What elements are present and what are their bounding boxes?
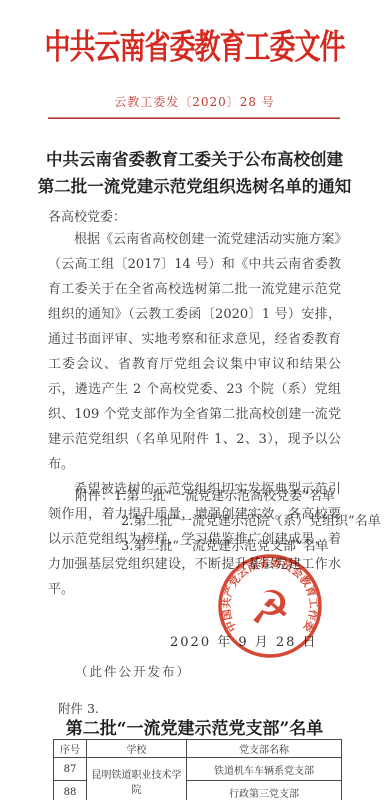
attachment-item-1: 1.第二批“一流党建示范高校党委”名单 (114, 489, 335, 504)
header-branch-name: 党支部名称 (187, 740, 342, 758)
cell-serial-87: 87 (54, 758, 87, 781)
official-seal: 中国共产党云南省委员会教育工作委员会 ☭ (215, 551, 325, 661)
paragraph-1: 根据《云南省高校创建一流党建活动实施方案》（云高工组〔2017〕14 号）和《中… (48, 227, 341, 477)
red-divider-rule (48, 117, 340, 119)
letterhead-title: 中共云南省委教育工委文件 (0, 20, 389, 69)
notice-title-line2: 第二批一流党建示范党组织选树名单的通知 (20, 173, 369, 200)
document-page: 中共云南省委教育工委文件 云教工委发〔2020〕28 号 中共云南省委教育工委关… (0, 0, 389, 800)
hammer-sickle-icon: ☭ (249, 581, 290, 635)
header-serial-number: 序号 (54, 740, 87, 758)
attachments-label: 附件： (75, 489, 114, 504)
table-header-row: 序号 学校 党支部名称 (54, 740, 342, 758)
document-number: 云教工委发〔2020〕28 号 (0, 93, 389, 110)
attachment-item-1-row: 附件：1.第二批“一流党建示范高校党委”名单 (75, 484, 345, 509)
notice-title: 中共云南省委教育工委关于公布高校创建 第二批一流党建示范党组织选树名单的通知 (20, 146, 369, 200)
attachment-item-2: 2.第二批“一流党建示范院（系）党组织”名单 (121, 514, 381, 529)
cell-serial-88: 88 (54, 781, 87, 800)
branch-list-table: 序号 学校 党支部名称 87 昆明铁道职业技术学院 铁道机车车辆系党支部 88 … (53, 739, 342, 800)
public-release-note: （此件公开发布） (75, 662, 191, 680)
header-school: 学校 (87, 740, 187, 758)
table-row: 87 昆明铁道职业技术学院 铁道机车车辆系党支部 (54, 758, 342, 781)
salutation: 各高校党委： (48, 206, 126, 225)
attachments-list: 附件：1.第二批“一流党建示范高校党委”名单 2.第二批“一流党建示范院（系）党… (75, 484, 345, 559)
cell-branch-88: 行政第三党支部 (187, 781, 342, 800)
attachment-item-2-row: 2.第二批“一流党建示范院（系）党组织”名单 (121, 509, 345, 534)
notice-title-line1: 中共云南省委教育工委关于公布高校创建 (20, 146, 369, 173)
appendix-table-title: 第二批“一流党建示范党支部”名单 (0, 714, 389, 739)
cell-school: 昆明铁道职业技术学院 (87, 758, 187, 800)
cell-branch-87: 铁道机车车辆系党支部 (187, 758, 342, 781)
